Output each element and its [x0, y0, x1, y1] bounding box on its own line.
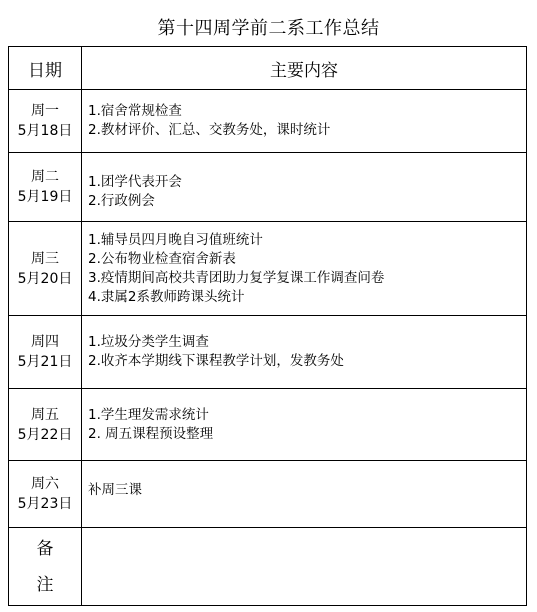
list-item: 2.公布物业检查宿舍新表 [88, 250, 526, 269]
content-cell: 1.学生理发需求统计 2. 周五课程预设整理 [82, 389, 527, 461]
header-content: 主要内容 [82, 47, 527, 90]
table-row-wednesday: 周三 5月20日 1.辅导员四月晚自习值班统计 2.公布物业检查宿舍新表 3.疫… [9, 222, 527, 316]
remarks-content-cell [82, 528, 527, 606]
table-row-tuesday: 周二 5月19日 1.团学代表开会 2.行政例会 [9, 153, 527, 222]
table-row-friday: 周五 5月22日 1.学生理发需求统计 2. 周五课程预设整理 [9, 389, 527, 461]
date: 5月20日 [9, 269, 81, 289]
content-cell: 1.宿舍常规检查 2.教材评价、汇总、交教务处，课时统计 [82, 90, 527, 153]
date-cell: 周三 5月20日 [9, 222, 82, 316]
content-cell: 1.辅导员四月晚自习值班统计 2.公布物业检查宿舍新表 3.疫情期间高校共青团助… [82, 222, 527, 316]
table-row-thursday: 周四 5月21日 1.垃圾分类学生调查 2.收齐本学期线下课程教学计划，发教务处 [9, 316, 527, 389]
date: 5月18日 [9, 121, 81, 141]
date-cell: 周一 5月18日 [9, 90, 82, 153]
list-item: 4.隶属2系教师跨课头统计 [88, 288, 526, 307]
date-cell: 周二 5月19日 [9, 153, 82, 222]
weekday: 周二 [9, 167, 81, 187]
remarks-label-cell: 备 注 [9, 528, 82, 606]
table-row-saturday: 周六 5月23日 补周三课 [9, 461, 527, 528]
list-item: 1.垃圾分类学生调查 [88, 333, 526, 352]
list-item: 2.教材评价、汇总、交教务处，课时统计 [88, 121, 526, 140]
list-item: 3.疫情期间高校共青团助力复学复课工作调查问卷 [88, 269, 526, 288]
content-cell: 补周三课 [82, 461, 527, 528]
weekday: 周四 [9, 332, 81, 352]
weekday: 周三 [9, 249, 81, 269]
list-item: 2. 周五课程预设整理 [88, 425, 526, 444]
date-cell: 周六 5月23日 [9, 461, 82, 528]
date: 5月22日 [9, 425, 81, 445]
list-item: 补周三课 [88, 481, 526, 500]
list-item: 1.宿舍常规检查 [88, 102, 526, 121]
table-row-monday: 周一 5月18日 1.宿舍常规检查 2.教材评价、汇总、交教务处，课时统计 [9, 90, 527, 153]
date: 5月23日 [9, 494, 81, 514]
weekday: 周一 [9, 101, 81, 121]
list-item: 2.行政例会 [88, 192, 526, 211]
remarks-label: 注 [9, 567, 81, 603]
table-header-row: 日期 主要内容 [9, 47, 527, 90]
header-date: 日期 [9, 47, 82, 90]
content-cell: 1.垃圾分类学生调查 2.收齐本学期线下课程教学计划，发教务处 [82, 316, 527, 389]
date: 5月19日 [9, 187, 81, 207]
date-cell: 周四 5月21日 [9, 316, 82, 389]
table-row-remarks: 备 注 [9, 528, 527, 606]
list-item: 2.收齐本学期线下课程教学计划，发教务处 [88, 352, 526, 371]
document-title: 第十四周学前二系工作总结 [0, 14, 537, 40]
remarks-label: 备 [9, 531, 81, 567]
list-item: 1.学生理发需求统计 [88, 406, 526, 425]
date: 5月21日 [9, 352, 81, 372]
weekday: 周五 [9, 405, 81, 425]
list-item: 1.辅导员四月晚自习值班统计 [88, 231, 526, 250]
weekly-summary-table: 日期 主要内容 周一 5月18日 1.宿舍常规检查 2.教材评价、汇总、交教务处… [8, 46, 527, 606]
content-cell: 1.团学代表开会 2.行政例会 [82, 153, 527, 222]
date-cell: 周五 5月22日 [9, 389, 82, 461]
list-item: 1.团学代表开会 [88, 173, 526, 192]
weekday: 周六 [9, 474, 81, 494]
